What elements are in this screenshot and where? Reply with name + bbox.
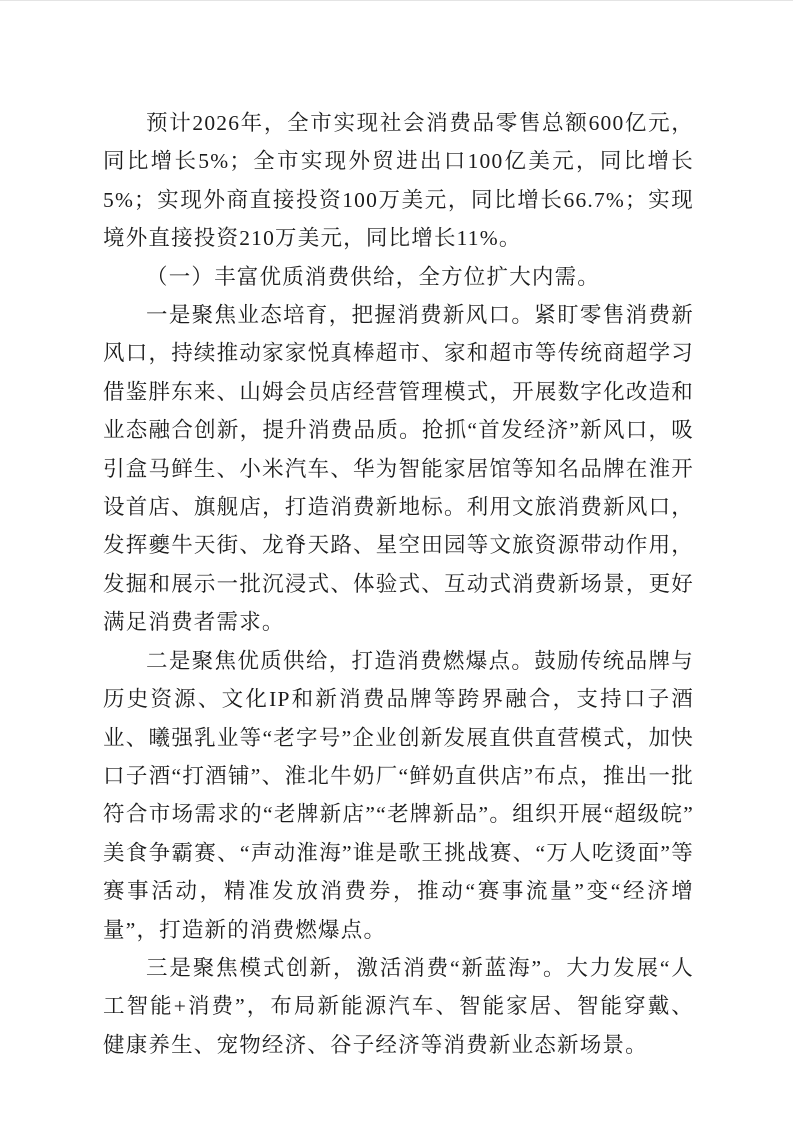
paragraph-point-3: 三是聚焦模式创新，激活消费“新蓝海”。大力发展“人工智能+消费”，布局新能源汽车… xyxy=(103,949,694,1064)
paragraph-point-2: 二是聚焦优质供给，打造消费燃爆点。鼓励传统品牌与历史资源、文化IP和新消费品牌等… xyxy=(103,642,694,949)
section-heading-1: （一）丰富优质消费供给，全方位扩大内需。 xyxy=(103,258,694,296)
document-page: 预计2026年，全市实现社会消费品零售总额600亿元，同比增长5%；全市实现外贸… xyxy=(0,0,793,1122)
document-body: 预计2026年，全市实现社会消费品零售总额600亿元，同比增长5%；全市实现外贸… xyxy=(103,104,694,1064)
paragraph-point-1: 一是聚焦业态培育，把握消费新风口。紧盯零售消费新风口，持续推动家家悦真棒超市、家… xyxy=(103,296,694,642)
page-top-edge xyxy=(0,0,793,1)
paragraph-forecast-2026: 预计2026年，全市实现社会消费品零售总额600亿元，同比增长5%；全市实现外贸… xyxy=(103,104,694,258)
